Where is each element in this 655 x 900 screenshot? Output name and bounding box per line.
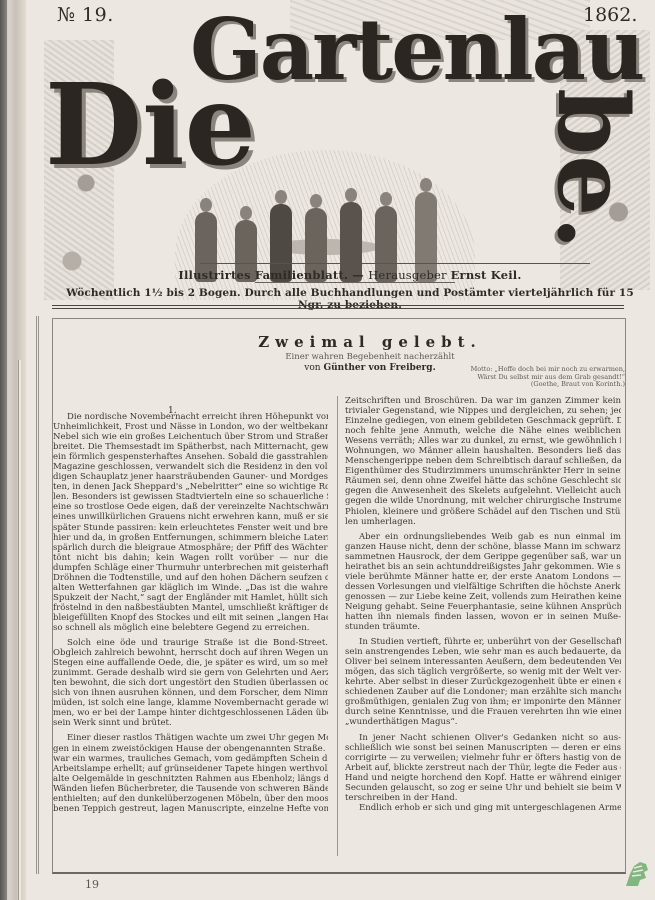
text-line: fröstelnd in den naßbestäubten Mantel, u… (53, 603, 328, 613)
text-line: großmüthigen, genialen Zug von ihm; er i… (345, 697, 621, 707)
text-line: zunimmt. Gerade deshalb wird sie gern vo… (53, 668, 328, 678)
text-line: sein Werk sinnt und brütet. (53, 718, 328, 728)
text-line: Spukzeit der Nacht,“ sagt der Engländer … (53, 593, 328, 603)
text-line: Einzelne gediegen, von einem gebildeten … (345, 416, 621, 426)
text-line: Secunden gelauscht, so zog er seine Uhr … (345, 783, 621, 793)
masthead-title-gartenlaube: Gartenlau (190, 8, 643, 92)
text-line: Neigung gehabt. Seine Feuerphantasie, se… (345, 602, 621, 612)
page-number: 19 (85, 878, 99, 891)
text-line: sein anstrengendes Leben, wie sehr man e… (345, 647, 621, 657)
text-line: breitet. Die Themsestadt im Spätherbst, … (53, 442, 328, 452)
text-line: enthielten; auf den dunkelüberzogenen Mö… (53, 794, 328, 804)
library-logo-icon (622, 858, 652, 888)
header-double-rule-bottom (52, 308, 624, 309)
text-line: noch fehlte jene Anmuth, welche die Nähe… (345, 426, 621, 436)
text-line: Aber ein ordnungsliebendes Weib gab es n… (345, 532, 621, 542)
text-line: heirathet bis an sein achtunddreißigstes… (345, 562, 621, 572)
issue-number: № 19. (57, 4, 114, 26)
masthead-rule (200, 263, 590, 264)
issue-year: 1862. (583, 4, 637, 26)
text-column-left: Die nordische Novembernacht erreicht ihr… (53, 412, 328, 814)
text-column-right: Zeitschriften und Broschüren. Da war im … (345, 396, 621, 813)
text-line: In jener Nacht schienen Oliver's Gedanke… (345, 733, 621, 743)
text-line: Magazine geschlossen, verwandelt sich di… (53, 462, 328, 472)
text-line: müden, ist solch eine lange, klamme Nove… (53, 698, 328, 708)
text-line: viele berühmte Männer hatte er, der erst… (345, 572, 621, 582)
text-line: Stegen eine auffallende Oede, die, je sp… (53, 658, 328, 668)
frame-double-border-left (36, 316, 39, 874)
text-line: gegen die Anwesenheit des Skelets aufgel… (345, 486, 621, 496)
text-line: ten bewohnt, die sich dort ungestört den… (53, 678, 328, 688)
text-line: spärlich durch die bleigraue Atmosphäre;… (53, 543, 328, 553)
subtitle-underline (255, 282, 455, 283)
book-binding-edge (0, 0, 26, 900)
text-line: Obgleich zahlreich bewohnt, herrscht doc… (53, 648, 328, 658)
story-motto: Motto: „Hoffe doch bei mir noch zu erwar… (405, 366, 625, 389)
text-line: eine so trostlose Oede eigen, daß der ve… (53, 502, 328, 512)
text-line: Phiolen, kleinere und größere Schädel au… (345, 507, 621, 517)
text-line: hier und da, in großen Entfernungen, sch… (53, 533, 328, 543)
text-line: ein förmlich gespensterhaftes Ansehen. S… (53, 452, 328, 462)
subtitle-text: Illustrirtes Familienblatt. (178, 268, 348, 282)
text-line: dessen Vorlesungen und vielfältige Schri… (345, 582, 621, 592)
text-line: mögen, das sich täglich vergrößerte, so … (345, 667, 621, 677)
text-line: Arbeitslampe erhellt; auf grünseidener T… (53, 764, 328, 774)
masthead-title-ending: be. (544, 88, 640, 250)
text-line: alten Wetterfahnen gar kläglich im Winde… (53, 583, 328, 593)
text-line: Wohnungen, wo Männer allein haushalten. … (345, 446, 621, 456)
text-line: Hand und neigte horchend den Kopf. Hatte… (345, 773, 621, 783)
text-line: gen in einem zweistöckigen Hause der obe… (53, 744, 328, 754)
text-line: ten, in denen Jack Sheppard's „Nebelritt… (53, 482, 328, 492)
text-line: trivialer Gegenstand, wie Nippes und der… (345, 406, 621, 416)
text-line: ganzen Hause nicht, denn der schöne, bla… (345, 542, 621, 552)
text-line: bleigefüllten Knopf des Stockes und eilt… (53, 613, 328, 623)
text-line: sammetnen Hausrock, der dem Gerippe gege… (345, 552, 621, 562)
text-line: Einer dieser rastlos Thätigen wachte um … (53, 733, 328, 743)
text-line: eines unwillkürlichen Grauens nicht erwe… (53, 512, 328, 522)
text-line: Wesens verräth; Alles war zu dunkel, zu … (345, 436, 621, 446)
header-double-rule-top (52, 305, 624, 306)
subtitle-dash: — (348, 268, 368, 282)
text-line: terschreiben in der Hand. (345, 793, 621, 803)
text-line: stunden träumte. (345, 622, 621, 632)
text-line: Menschengerippe neben dem Schreibtisch d… (345, 456, 621, 466)
text-line: Wänden liefen Bücherbreter, die Tausende… (53, 784, 328, 794)
text-line: kehrte. Aber selbst in dieser Zurückgezo… (345, 677, 621, 687)
text-line: sich von ihnen ausruhen können, und dem … (53, 688, 328, 698)
text-line: Zeitschriften und Broschüren. Da war im … (345, 396, 621, 406)
text-line: len umherlagen. (345, 517, 621, 527)
text-line: schließlich wie sonst bei seinen Manuscr… (345, 743, 621, 753)
text-line: In Studien vertieft, führte er, unberühr… (345, 637, 621, 647)
story-subtitle: Einer wahren Begebenheit nacherzählt (240, 352, 500, 362)
text-line: dumpfen Schläge einer Thurmuhr unterbrec… (53, 563, 328, 573)
text-line: corrigirte — zu verweilen; vielmehr fuhr… (345, 753, 621, 763)
stylized-horse-head-icon (622, 858, 652, 888)
masthead-subtitle: Illustrirtes Familienblatt. — Herausgebe… (60, 268, 640, 282)
text-line: „wunderthätigen Magus“. (345, 717, 621, 727)
text-line: Dröhnen die Todtenstille, und auf den ho… (53, 573, 328, 583)
binding-thread (18, 360, 21, 900)
text-line: Oliver bei seinem interessanten Aeußern,… (345, 657, 621, 667)
text-line: schiedenen Zauber auf die Londoner; man … (345, 687, 621, 697)
text-line: war ein warmes, trauliches Gemach, vom g… (53, 754, 328, 764)
editor-prefix: Herausgeber (368, 268, 450, 282)
column-divider (337, 396, 338, 856)
text-line: digen Schauplatz jener haarsträubenden G… (53, 472, 328, 482)
text-line: benen Teppich gestreut, lagen Manuscript… (53, 804, 328, 814)
motto-attribution: (Goethe, Braut von Korinth.) (405, 381, 625, 389)
text-line: so schnell als möglich eine belebtere Ge… (53, 623, 328, 633)
text-line: Eigenthümer des Studirzimmers unumschrän… (345, 466, 621, 476)
text-line: Arbeit auf, blickte zerstreut nach der T… (345, 763, 621, 773)
text-line: men, wo er bei der Lampe hinter dichtges… (53, 708, 328, 718)
text-line: Nebel sich wie ein großes Leichentuch üb… (53, 432, 328, 442)
editor-name: Ernst Keil. (451, 268, 522, 282)
story-title: Zweimal gelebt. (240, 333, 500, 351)
text-line: später Stunde passiren: kein erleuchtete… (53, 523, 328, 533)
text-line: tönt nicht bis dahin; kein Wagen rollt v… (53, 553, 328, 563)
byline-prefix: von (304, 363, 323, 373)
text-line: Die nordische Novembernacht erreicht ihr… (53, 412, 328, 422)
text-line: genossen — zur Liebe keine Zeit, vollend… (345, 592, 621, 602)
text-line: Endlich erhob er sich und ging mit unter… (345, 803, 621, 813)
text-line: gegen die wilde Unordnung, mit welcher c… (345, 496, 621, 506)
text-line: hatten ihn niemals finden lassen, wovon … (345, 612, 621, 622)
text-line: len. Besonders ist gewissen Stadtviertel… (53, 492, 328, 502)
text-line: Solch eine öde und traurige Straße ist d… (53, 638, 328, 648)
text-line: Räumen sei, denn ohne Zweifel hätte das … (345, 476, 621, 486)
text-line: durch seine Kenntnisse, und die Frauen v… (345, 707, 621, 717)
binding-spine (0, 0, 7, 900)
text-line: alte Oelgemälde in geschnitzten Rahmen a… (53, 774, 328, 784)
text-line: Unheimlichkeit, Frost und Nässe in Londo… (53, 422, 328, 432)
